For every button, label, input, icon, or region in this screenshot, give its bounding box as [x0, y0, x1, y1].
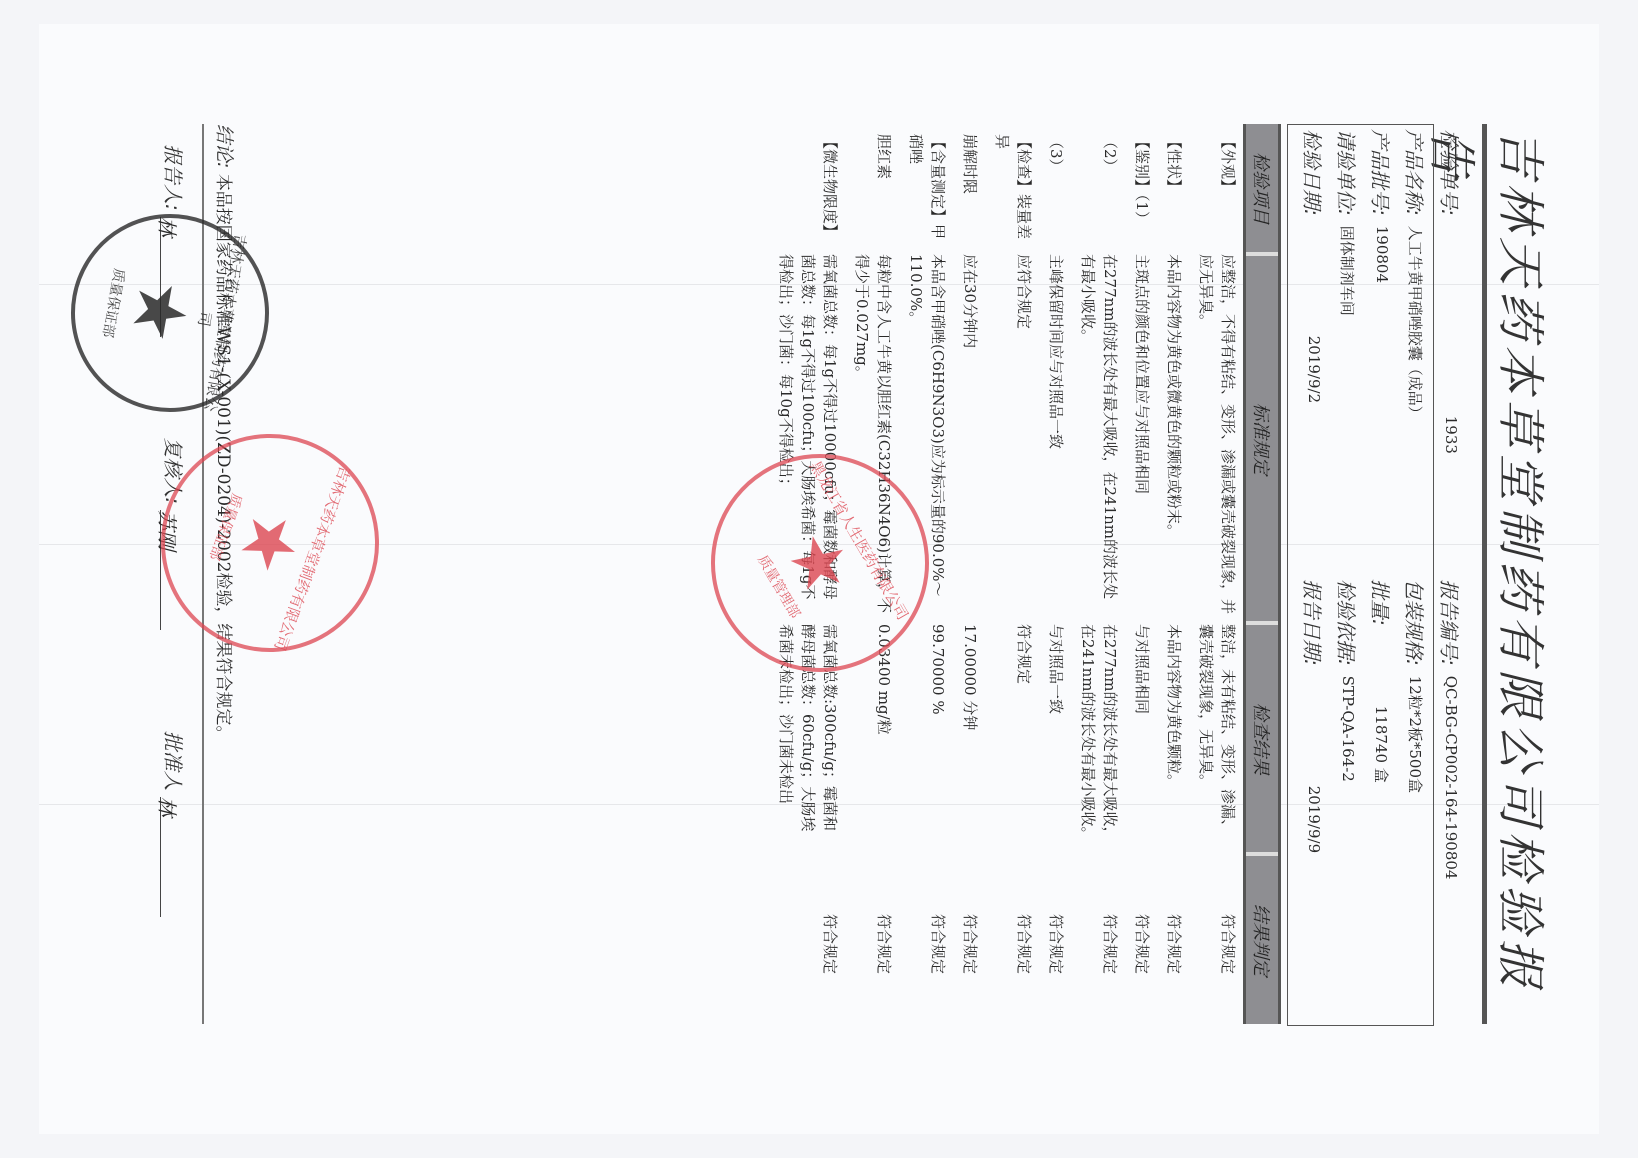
table-row: （3）主峰保留时间应与对照品一致与对照品一致符合规定	[1045, 124, 1067, 1024]
table-row: 【检查】装量差异应符合规定符合规定符合规定	[991, 124, 1035, 1024]
row-judgement: 符合规定	[959, 854, 981, 1024]
meta-box-border	[1287, 124, 1434, 1026]
row-standard: 应在30分钟内	[959, 254, 981, 624]
row-standard: 主峰保留时间应与对照品一致	[1045, 254, 1067, 624]
row-item: 【含量测定】甲硝唑	[905, 124, 949, 254]
row-item: 胆红素	[851, 124, 895, 254]
row-judgement: 符合规定	[991, 854, 1035, 1024]
header-result: 检查结果	[1246, 625, 1278, 856]
header-item: 检验项目	[1246, 124, 1278, 256]
row-judgement: 符合规定	[1045, 854, 1067, 1024]
row-result: 本品内容物为黄色颗粒。	[1163, 624, 1185, 854]
row-result: 整洁，未有粘结、变形、渗漏、囊壳破裂现象，无异臭。	[1195, 624, 1239, 854]
reporter-label: 报告人:	[160, 144, 189, 211]
row-judgement: 符合规定	[851, 854, 895, 1024]
header-standard: 标准规定	[1246, 256, 1278, 625]
row-judgement: 符合规定	[905, 854, 949, 1024]
row-item: 崩解时限	[959, 124, 981, 254]
table-row: （2）在277nm的波长处有最大吸收，在241nm的波长处有最小吸收。在277n…	[1077, 124, 1121, 1024]
header-judgement: 结果判定	[1246, 856, 1278, 1024]
inspection-no-label: 检验单号:	[1437, 129, 1466, 216]
row-result: 99.70000 %	[905, 624, 949, 854]
row-judgement: 符合规定	[1163, 854, 1185, 1024]
results-table-header: 检验项目 标准规定 检查结果 结果判定	[1243, 124, 1281, 1024]
row-standard: 应整洁，不得有粘结、变形、渗漏或囊壳破裂现象，并应无异臭。	[1195, 254, 1239, 624]
row-standard: 在277nm的波长处有最大吸收，在241nm的波长处有最小吸收。	[1077, 254, 1121, 624]
row-result: 与对照品相同	[1131, 624, 1153, 854]
approver-label: 批准人	[160, 731, 189, 791]
row-judgement: 符合规定	[775, 854, 841, 1024]
row-item: （3）	[1045, 124, 1067, 254]
report-no: QC-BG-CP002-164-190804	[1442, 676, 1460, 880]
row-item: 【检查】装量差异	[991, 124, 1035, 254]
row-item: （2）	[1077, 124, 1121, 254]
row-standard: 应符合规定	[991, 254, 1035, 624]
row-result: 17.00000 分钟	[959, 624, 981, 854]
row-standard: 主斑点的颜色和位置应与对照品相同	[1131, 254, 1153, 624]
black-qa-seal: 吉林天药本草堂制药有限公司 ★ 质量保证部	[55, 198, 284, 427]
star-icon: ★	[120, 274, 200, 348]
row-item: 【微生物限度】	[775, 124, 841, 254]
row-item: 【外观】	[1195, 124, 1239, 254]
row-judgement: 符合规定	[1131, 854, 1153, 1024]
row-standard: 本品内容物为黄色或微黄色的颗粒或粉末。	[1163, 254, 1185, 624]
table-row: 【外观】应整洁，不得有粘结、变形、渗漏或囊壳破裂现象，并应无异臭。整洁，未有粘结…	[1195, 124, 1239, 1024]
row-result: 符合规定	[991, 624, 1035, 854]
table-row: 【性状】本品内容物为黄色或微黄色的颗粒或粉末。本品内容物为黄色颗粒。符合规定	[1163, 124, 1185, 1024]
row-result: 与对照品一致	[1045, 624, 1067, 854]
row-item: 【鉴别】（1）	[1131, 124, 1153, 254]
inspection-no: 1933	[1442, 416, 1460, 454]
title-rule	[1482, 124, 1487, 1024]
approver-signature: 林	[160, 797, 183, 917]
row-judgement: 符合规定	[1077, 854, 1121, 1024]
row-result: 在277nm的波长处有最大吸收，在241nm的波长处有最小吸收。	[1077, 624, 1121, 854]
table-row: 【鉴别】（1）主斑点的颜色和位置应与对照品相同与对照品相同符合规定	[1131, 124, 1153, 1024]
row-judgement: 符合规定	[1195, 854, 1239, 1024]
report-no-label: 报告编号:	[1437, 579, 1466, 666]
table-row: 崩解时限应在30分钟内17.00000 分钟符合规定	[959, 124, 981, 1024]
conclusion-label: 结论:	[213, 124, 235, 168]
row-item: 【性状】	[1163, 124, 1185, 254]
inspection-report-page: 吉林天药本草堂制药有限公司检验报告 检验单号:1933 报告编号:QC-BG-C…	[39, 24, 1599, 1134]
